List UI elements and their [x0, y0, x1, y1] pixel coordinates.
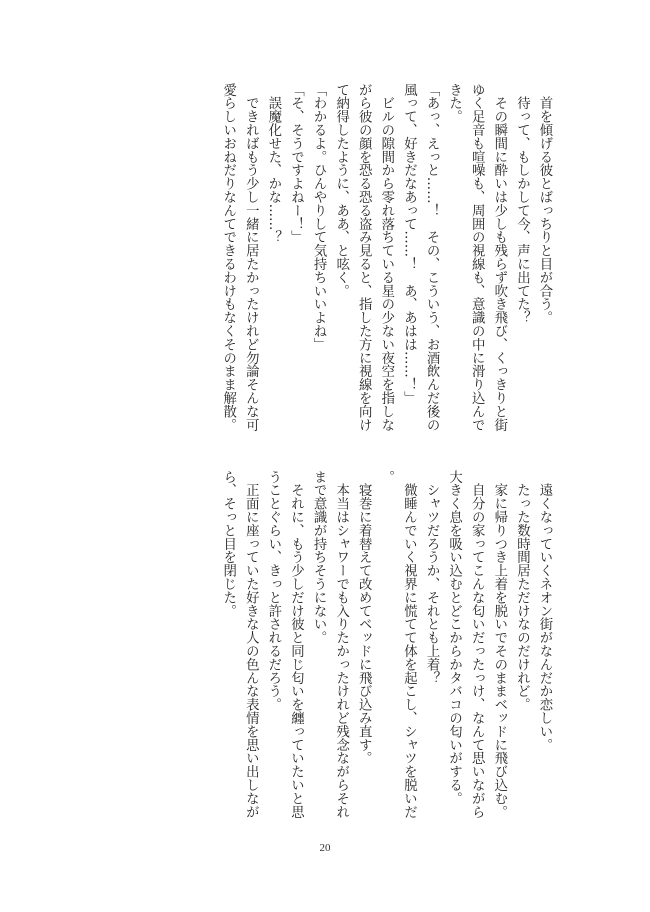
paragraph: ビルの隙間から零れ落ちている星の少ない夜空を指しながら彼の顔を恐る恐る盗み見ると… [329, 83, 397, 439]
paragraph: できればもう少し一緒に居たかったけれど勿論そんな可愛らしいおねだりなんてできるわ… [216, 83, 261, 439]
text-block-bottom: 遠くなっていくネオン街がなんだか恋しい。 たった数時間居ただけなのだけれど。 家… [85, 470, 555, 826]
paragraph: たった数時間居ただけなのだけれど。 [510, 470, 533, 826]
dialogue: 「わかるよ。ひんやりして気持ちいいよね」 [306, 83, 329, 439]
text-block-top: 首を傾げる彼とばっちりと目が合う。 待って、もしかして今、声に出てた？ その瞬間… [85, 83, 555, 439]
dialogue: 「そ、そうですよねー！」 [284, 83, 307, 439]
paragraph: 微睡んでいく視界に慌てて体を起こし、シャツを脱いだ。 [374, 470, 419, 826]
paragraph: 本当はシャワーでも入りたかったけれど残念ながらそれまで意識が持ちそうにない。 [306, 470, 351, 826]
paragraph: それに、もう少しだけ彼と同じ匂いを纏っていたいと思うことぐらい、きっと許されるだ… [261, 470, 306, 826]
paragraph: 寝巻に着替えて改めてベッドに飛び込み直す。 [352, 470, 375, 826]
paragraph: 正面に座っていた好きな人の色んな表情を思い出しながら、そっと目を閉じた。 [216, 470, 261, 826]
paragraph: 首を傾げる彼とばっちりと目が合う。 [532, 83, 555, 439]
paragraph: 待って、もしかして今、声に出てた？ [510, 83, 533, 439]
dialogue: 「あっ、えっと……！ その、こういう、お酒飲んだ後の風って、好きだなあって……！… [397, 83, 442, 439]
paragraph: その瞬間に酔いは少しも残らず吹き飛び、くっきりと街ゆく足音も喧噪も、周囲の視線も… [442, 83, 510, 439]
paragraph: 誤魔化せた、かな……？ [261, 83, 284, 439]
paragraph: 家に帰りつき上着を脱いでそのままベッドに飛び込む。 [487, 470, 510, 826]
paragraph: 遠くなっていくネオン街がなんだか恋しい。 [532, 470, 555, 826]
paragraph: 自分の家ってこんな匂いだったっけ、なんて思いながら大きく息を吸い込むとどこからか… [442, 470, 487, 826]
page-number: 20 [0, 842, 650, 854]
paragraph: シャツだろうか、それとも上着？ [419, 470, 442, 826]
